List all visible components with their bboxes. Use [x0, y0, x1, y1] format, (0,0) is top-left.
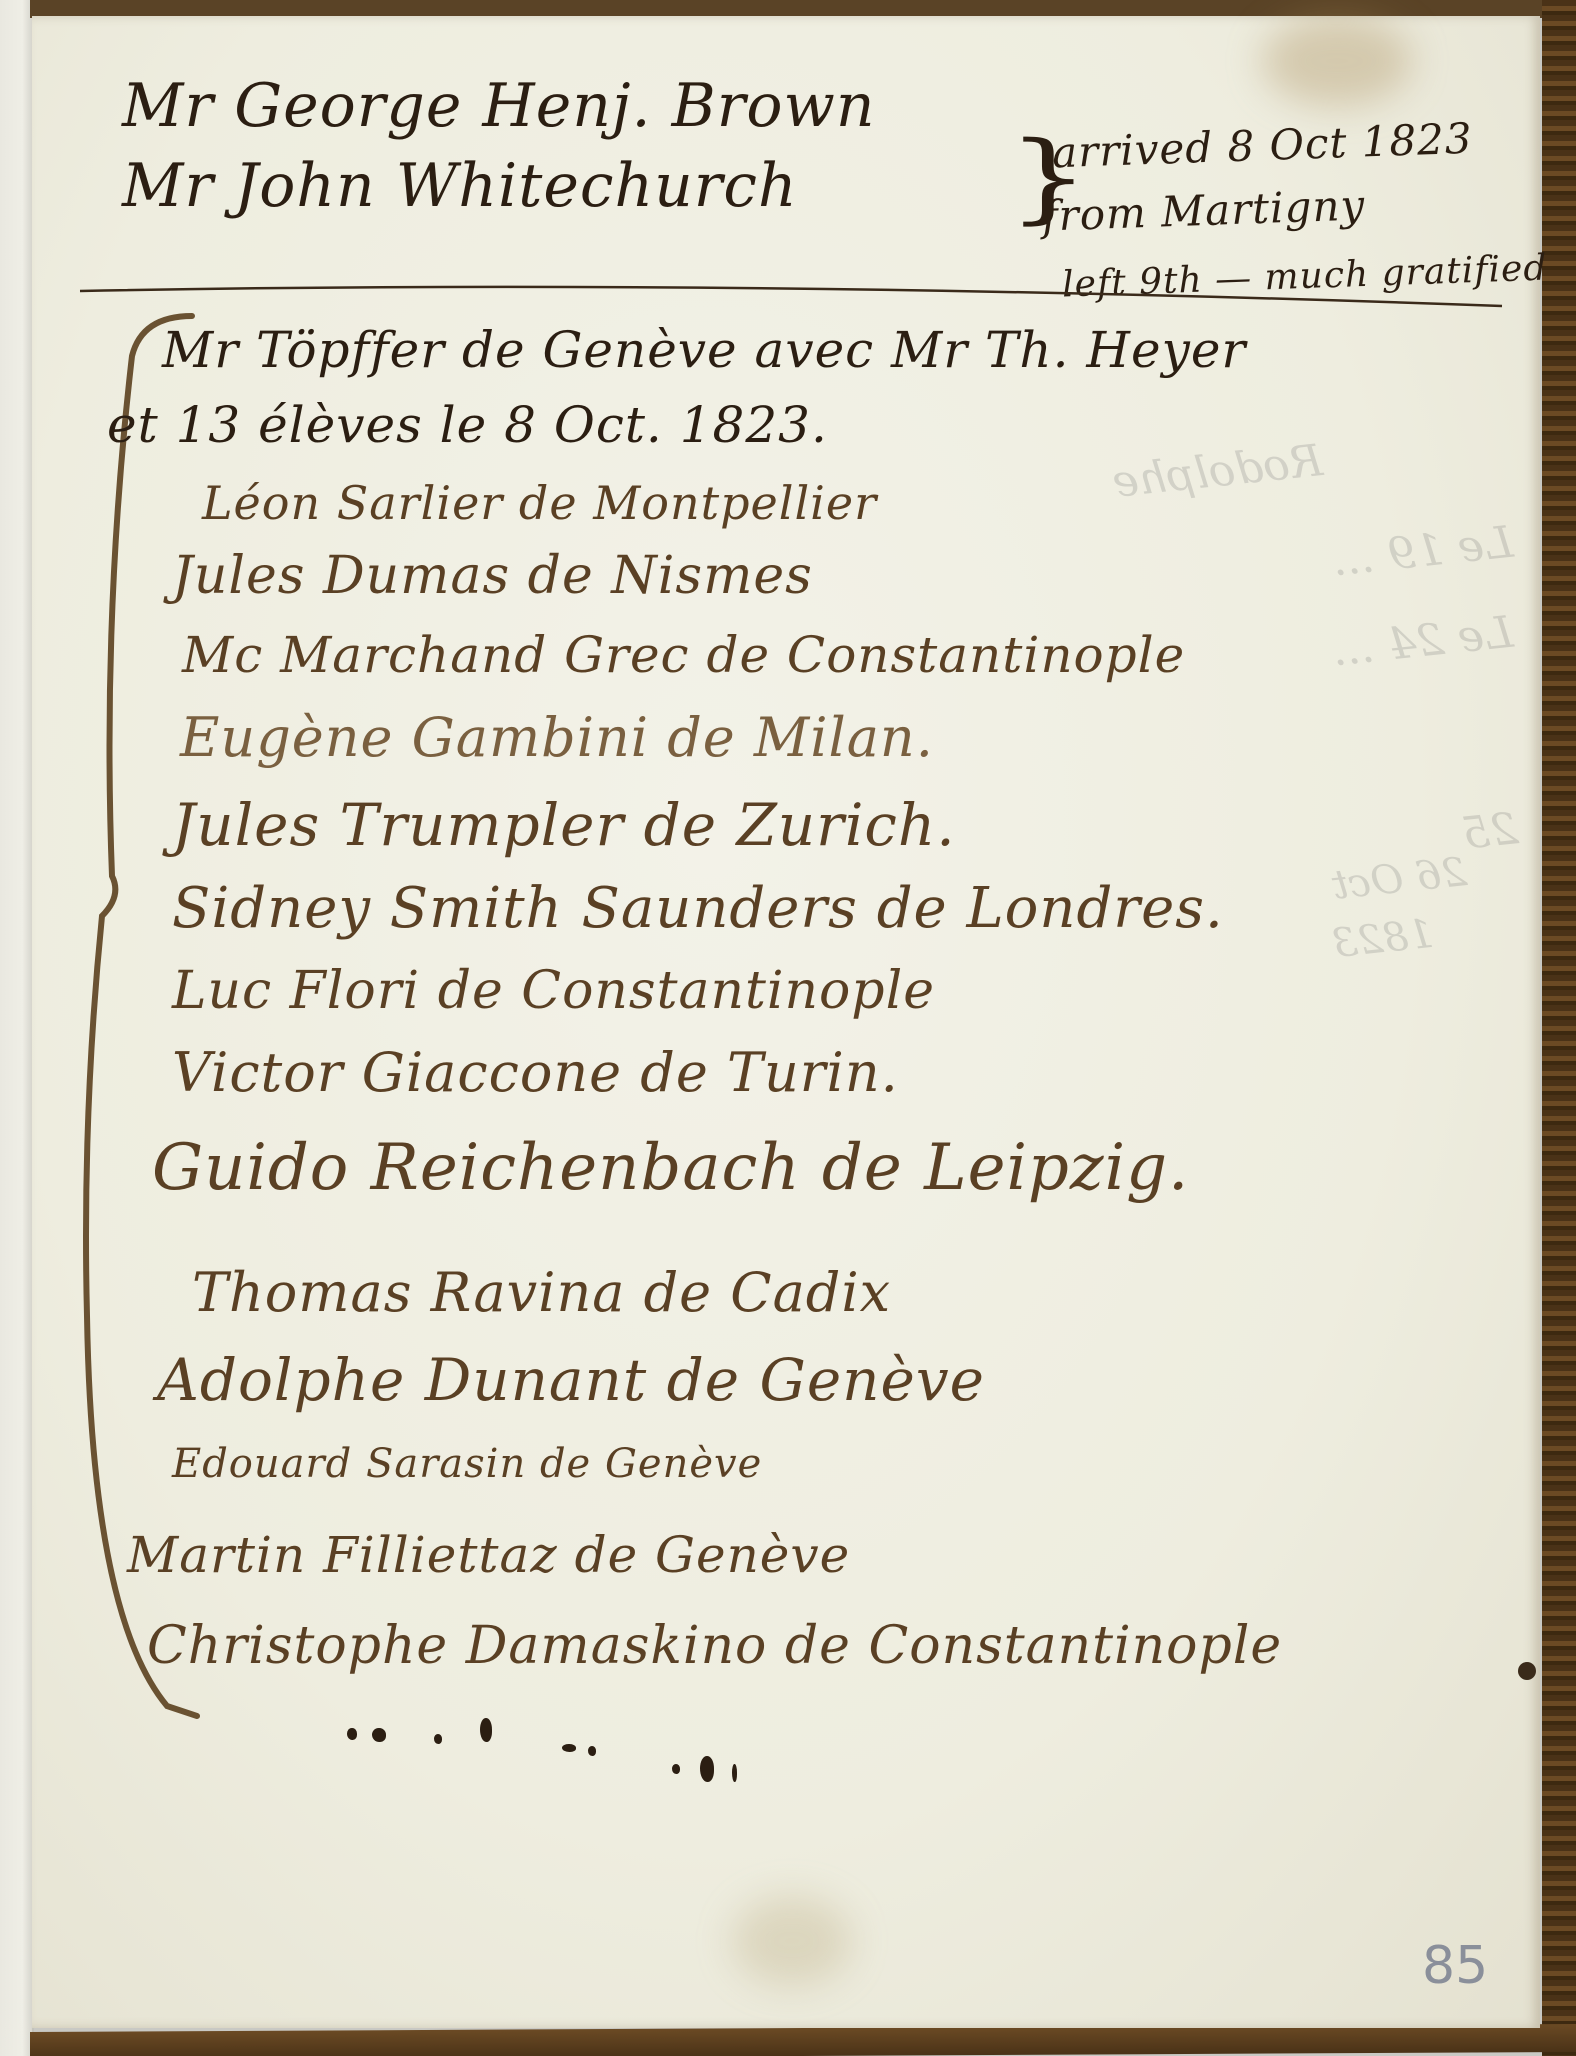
student-entry: Jules Dumas de Nismes	[172, 546, 813, 606]
ink-spot	[562, 1744, 576, 1752]
student-entry: Guido Reichenbach de Leipzig.	[152, 1131, 1189, 1205]
student-entry: Adolphe Dunant de Genève	[157, 1346, 985, 1414]
student-entry: Victor Giaccone de Turin.	[172, 1041, 899, 1104]
ink-spot	[480, 1718, 492, 1742]
ink-spot	[672, 1764, 680, 1774]
book-cover-bottom	[30, 2024, 1576, 2056]
ink-spot	[434, 1734, 442, 1744]
group-heading: Mr Töpffer de Genève avec Mr Th. Heyer	[162, 321, 1246, 379]
ink-spot	[372, 1728, 386, 1742]
ink-strokes	[32, 16, 1540, 2028]
ink-spot	[700, 1756, 714, 1782]
student-entry: Luc Flori de Constantinople	[172, 961, 935, 1021]
student-entry: Eugène Gambini de Milan.	[180, 706, 934, 769]
student-entry: Léon Sarlier de Montpellier	[202, 476, 877, 530]
student-entry: Thomas Ravina de Cadix	[192, 1261, 891, 1324]
student-entry: Jules Trumpler de Zurich.	[172, 791, 956, 859]
binding-edge	[0, 0, 34, 2056]
ink-spot	[732, 1764, 737, 1782]
manuscript-page: Rodolphe Le 19 ... Le 24 ... 25 26 Oct 1…	[32, 16, 1540, 2028]
student-entry: Martin Filliettaz de Genève	[127, 1526, 850, 1584]
ink-spot	[347, 1728, 357, 1740]
student-entry: Edouard Sarasin de Genève	[172, 1441, 762, 1487]
group-heading: et 13 élèves le 8 Oct. 1823.	[107, 396, 828, 454]
student-entry: Mc Marchand Grec de Constantinople	[182, 626, 1185, 684]
book-cover-right	[1542, 0, 1576, 2056]
page-number: 85	[1422, 1936, 1488, 1996]
student-entry: Sidney Smith Saunders de Londres.	[172, 876, 1224, 941]
ink-spot	[588, 1746, 596, 1756]
student-entry: Christophe Damaskino de Constantinople	[147, 1616, 1282, 1676]
